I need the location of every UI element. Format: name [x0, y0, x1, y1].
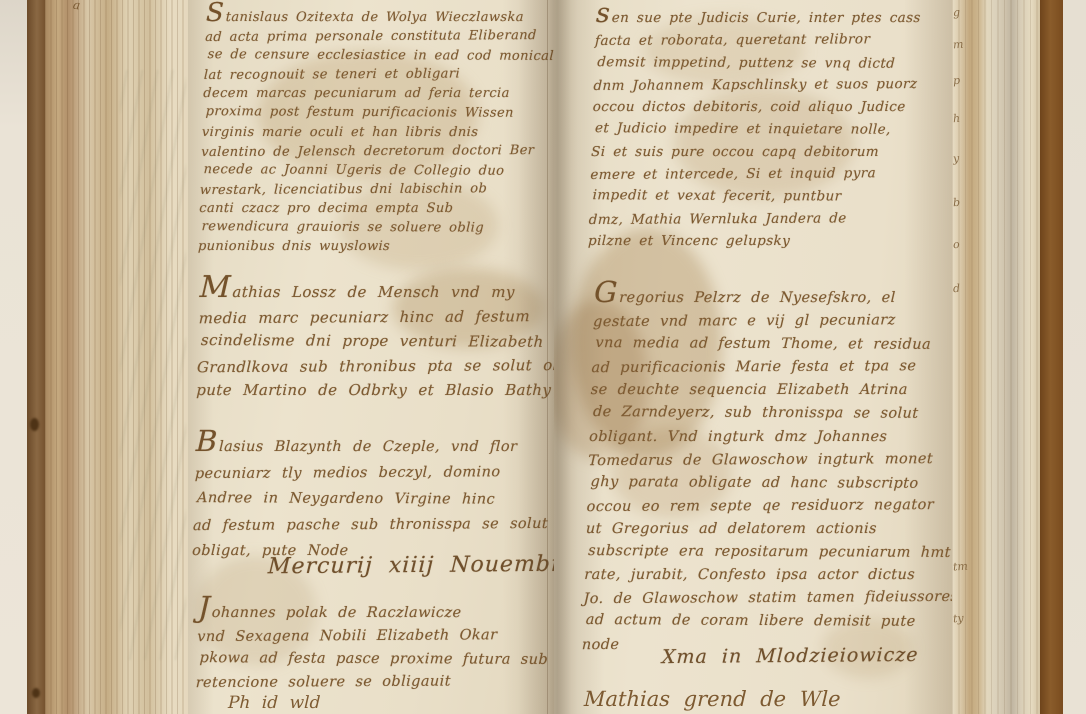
manuscript-line: facta et roborata, queretant relibror — [595, 28, 921, 52]
manuscript-line: Mathias Lossz de Mensch vnd my — [199, 277, 554, 305]
page-block-fore-edge-right: gmphybodtmty — [952, 0, 1040, 714]
manuscript-entry: Blasius Blazynth de Czeple, vnd florpecu… — [192, 431, 552, 564]
gutter-crease — [547, 0, 548, 714]
manuscript-line: pkowa ad festa pasce proxime futura sub — [199, 647, 548, 672]
edge-ink-fragment: m — [953, 38, 964, 52]
manuscript-entry: sen sue pte Judicis Curie, inter ptes ca… — [588, 4, 922, 252]
manuscript-entry: Stanislaus Ozitexta de Wolya Wieczlawska… — [198, 4, 553, 256]
photo-backdrop-left — [0, 0, 27, 714]
book-cover-edge-left — [27, 0, 45, 714]
manuscript-line: canti czacz pro decima empta Sub — [199, 199, 546, 218]
manuscript-line: ut Gregorius ad delatorem actionis — [585, 518, 952, 541]
place-heading: Xma in Mlodzieiowicze — [661, 644, 919, 668]
manuscript-line: et Judicio impedire et inquietare nolle, — [595, 118, 921, 142]
edge-ink-fragment: p — [953, 74, 961, 87]
manuscript-line: occou eo rem septe qe residuorz negator — [586, 494, 952, 519]
manuscript-line: media marc pecuniarz hinc ad festum — [198, 303, 554, 330]
manuscript-line: occou dictos debitoris, coid aliquo Judi… — [592, 96, 918, 118]
manuscript-line: demsit imppetind, puttenz se vnq dictd — [597, 51, 923, 75]
manuscript-line: pilzne et Vincenc gelupsky — [588, 230, 914, 252]
photo-backdrop-right — [1063, 0, 1086, 714]
manuscript-line: Stanislaus Ozitexta de Wolya Wieczlawska — [206, 4, 553, 27]
edge-ink-fragment: h — [953, 112, 961, 125]
manuscript-line: Tomedarus de Glawoschow ingturk monet — [588, 448, 952, 473]
edge-ink-fragment: d — [953, 282, 961, 295]
manuscript-line: sen sue pte Judicis Curie, inter ptes ca… — [595, 4, 921, 29]
manuscript-line: Johannes polak de Raczlawicze — [198, 597, 548, 625]
manuscript-line: Jo. de Glawoschow statim tamen fideiusso… — [583, 586, 952, 611]
manuscript-line: lat recognouit se teneri et obligari — [204, 64, 551, 85]
manuscript-line: necede ac Joanni Ugeris de Collegio duo — [203, 160, 550, 181]
manuscript-line: Gregorius Pelzrz de Nyesefskro, el — [594, 282, 952, 310]
manuscript-line: emere et intercede, Si et inquid pyra — [590, 162, 916, 186]
edge-ink-fragment: tm — [953, 559, 969, 573]
manuscript-line: pute Martino de Odbrky et Blasio Bathy — [196, 378, 554, 403]
book-cover-board-right — [1040, 0, 1063, 714]
manuscript-line: scindelisme dni prope venturi Elizabeth — [200, 328, 554, 355]
manuscript-line: ad acta prima personale constituta Elibe… — [205, 26, 552, 47]
manuscript-line: dmz, Mathia Wernluka Jandera de — [588, 207, 914, 231]
manuscript-line: ad purificacionis Marie festa et tpa se — [591, 355, 952, 380]
manuscript-line: pecuniarz tly medios beczyl, domino — [194, 459, 550, 487]
manuscript-line: gestate vnd marc e vij gl pecuniarz — [593, 309, 952, 334]
manuscript-line: impedit et vexat fecerit, puntbur — [592, 185, 918, 209]
date-heading: Mercurij xiiij Nouembr — [267, 552, 554, 580]
manuscript-line: dnm Johannem Kapschlinsky et suos puorz — [593, 73, 919, 97]
manuscript-line: Blasius Blazynth de Czeple, vnd flor — [195, 431, 551, 460]
edge-ink-fragment: b — [953, 196, 961, 209]
edge-ink-fragment: y — [953, 152, 960, 165]
manuscript-line: rate, jurabit, Confesto ipsa actor dictu… — [584, 564, 952, 587]
manuscript-entry: Johannes polak de Raczlawiczevnd Sexagen… — [195, 597, 547, 694]
manuscript-line: virginis marie oculi et han libris dnis — [202, 123, 549, 142]
manuscript-line: ad festum pasche sub thronisspa se solut — [193, 511, 549, 539]
manuscript-line: decem marcas pecuniarum ad feria tercia — [203, 84, 550, 103]
wormhole-mark — [30, 418, 39, 431]
edge-ink-fragment: o — [953, 238, 961, 251]
manuscript-line: vna media ad festum Thome, et residua — [595, 332, 952, 357]
manuscript-line: subscripte era repositarum pecuniarum hm… — [588, 540, 952, 565]
edge-ink-fragment: g — [953, 6, 961, 19]
manuscript-line: retencione soluere se obligauit — [195, 670, 544, 695]
left-page: Stanislaus Ozitexta de Wolya Wieczlawska… — [188, 0, 554, 714]
manuscript-photo: a Stanislaus Ozitexta de Wolya Wieczlaws… — [0, 0, 1086, 714]
cut-off-line: Ph id wld — [228, 693, 321, 713]
manuscript-line: Si et suis pure occou capq debitorum — [591, 141, 917, 163]
page-block-fore-edge-left — [45, 0, 188, 714]
manuscript-line: valentino de Jelensch decretorum doctori… — [201, 141, 548, 162]
manuscript-line: proxima post festum purificacionis Wisse… — [205, 103, 552, 124]
edge-ink-fragment: ty — [953, 612, 965, 626]
manuscript-entry: Gregorius Pelzrz de Nyesefskro, elgestat… — [581, 282, 952, 657]
manuscript-line: rewendicura grauioris se soluere oblig — [201, 217, 548, 238]
manuscript-line: Andree in Neygardeno Virgine hinc — [196, 485, 552, 513]
manuscript-line: se deuchte sequencia Elizabeth Atrina — [590, 379, 952, 402]
manuscript-line: se de censure ecclesiastice in ead cod m… — [207, 45, 554, 66]
manuscript-line: punionibus dnis wuyslowis — [198, 237, 545, 256]
wormhole-mark — [32, 688, 40, 698]
manuscript-line: ghy parata obligate ad hanc subscripto — [590, 471, 952, 496]
manuscript-line: wrestark, licenciatibus dni labischin ob — [200, 179, 547, 200]
right-page: sen sue pte Judicis Curie, inter ptes ca… — [554, 0, 952, 714]
cut-off-line: Mathias grend de Wle — [584, 687, 841, 711]
manuscript-line: Grandlkova sub thronibus pta se solut ob… — [197, 353, 554, 380]
manuscript-line: obligant. Vnd ingturk dmz Johannes — [589, 426, 952, 449]
manuscript-line: de Zarndeyerz, sub thronisspa se solut — [593, 402, 952, 427]
manuscript-line: ad actum de coram libere demisit pute — [585, 609, 952, 634]
manuscript-entry: Mathias Lossz de Mensch vnd mymedia marc… — [196, 277, 554, 403]
manuscript-line: vnd Sexagena Nobili Elizabeth Okar — [197, 624, 546, 649]
